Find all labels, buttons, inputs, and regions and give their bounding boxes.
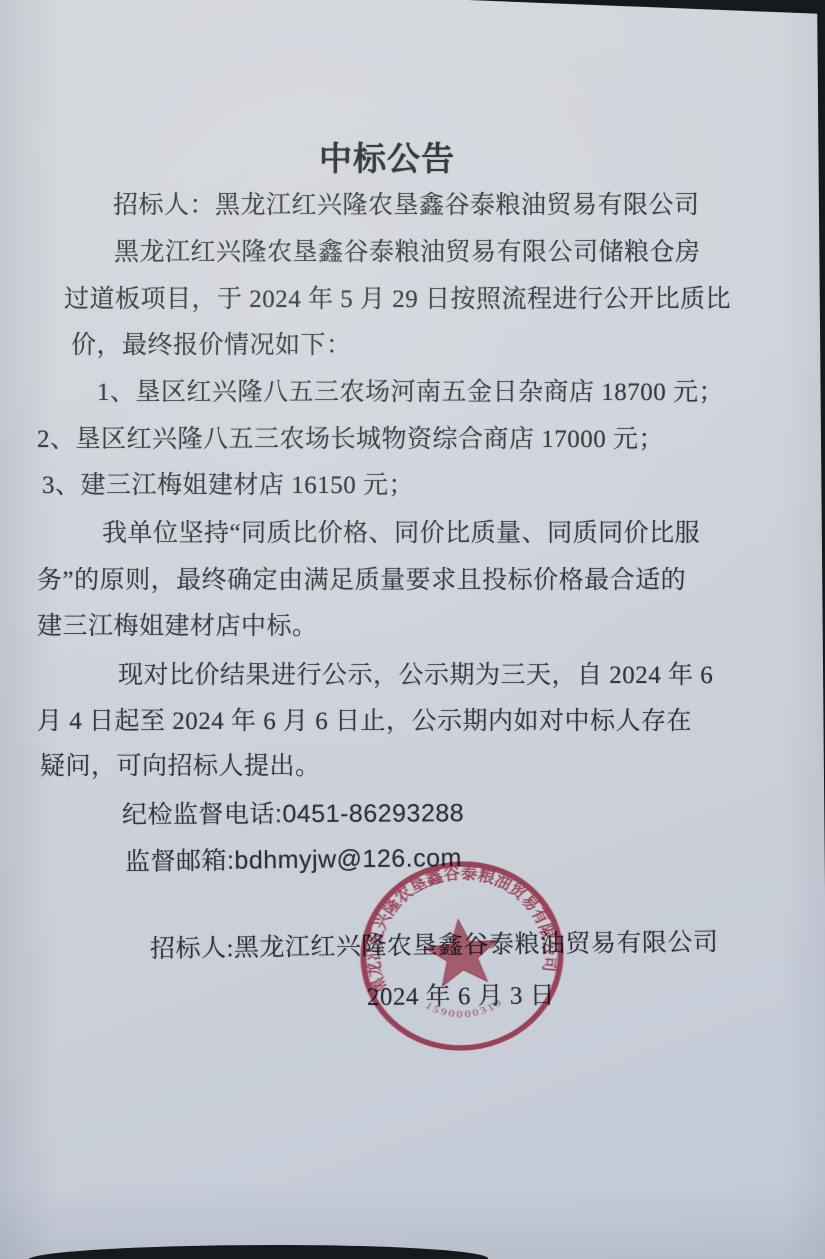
principle-line-2: 务”的原则，最终确定由满足质量要求且投标价格最合适的: [37, 561, 686, 601]
project-intro-line-3: 价，最终报价情况如下：: [71, 326, 352, 366]
photo-frame: 中标公告 招标人：黑龙江红兴隆农垦鑫谷泰粮油贸易有限公司 黑龙江红兴隆农垦鑫谷泰…: [0, 0, 825, 1259]
principle-line-1: 我单位坚持“同质比价格、同价比质量、同质同价比服: [102, 514, 700, 554]
seal-star-icon: [422, 916, 501, 988]
principle-line-3: 建三江梅姐建材店中标。: [37, 607, 318, 647]
project-intro-line-1: 黑龙江红兴隆农垦鑫谷泰粮油贸易有限公司储粮仓房: [114, 233, 701, 273]
quote-item-2: 2、垦区红兴隆八五三农场长城物资综合商店 17000 元；: [37, 420, 664, 460]
official-seal: 黑龙江红兴隆农垦鑫谷泰粮油贸易有限公司 1590000319: [346, 847, 578, 1066]
publicity-line-1: 现对比价结果进行公示，公示期为三天，自 2024 年 6: [118, 656, 713, 696]
quote-item-1: 1、垦区红兴隆八五三农场河南五金日杂商店 18700 元；: [97, 373, 724, 413]
svg-text:1590000319: 1590000319: [422, 993, 507, 1025]
discipline-phone-line: 纪检监督电话:0451-86293288: [122, 793, 464, 835]
document-page: 中标公告 招标人：黑龙江红兴隆农垦鑫谷泰粮油贸易有限公司 黑龙江红兴隆农垦鑫谷泰…: [0, 0, 825, 1259]
quote-item-3: 3、建三江梅姐建材店 16150 元；: [42, 466, 414, 506]
seal-serial-number: 1590000319: [422, 993, 507, 1025]
publicity-line-3: 疑问，可向招标人提出。: [40, 747, 321, 787]
project-intro-line-2: 过道板项目，于 2024 年 5 月 29 日按照流程进行公开比质比: [64, 280, 731, 320]
publicity-line-2: 月 4 日起至 2024 年 6 月 6 日止，公示期内如对中标人存在: [37, 702, 692, 742]
tenderer-line: 招标人：黑龙江红兴隆农垦鑫谷泰粮油贸易有限公司: [113, 186, 700, 226]
document-title: 中标公告: [319, 133, 455, 180]
